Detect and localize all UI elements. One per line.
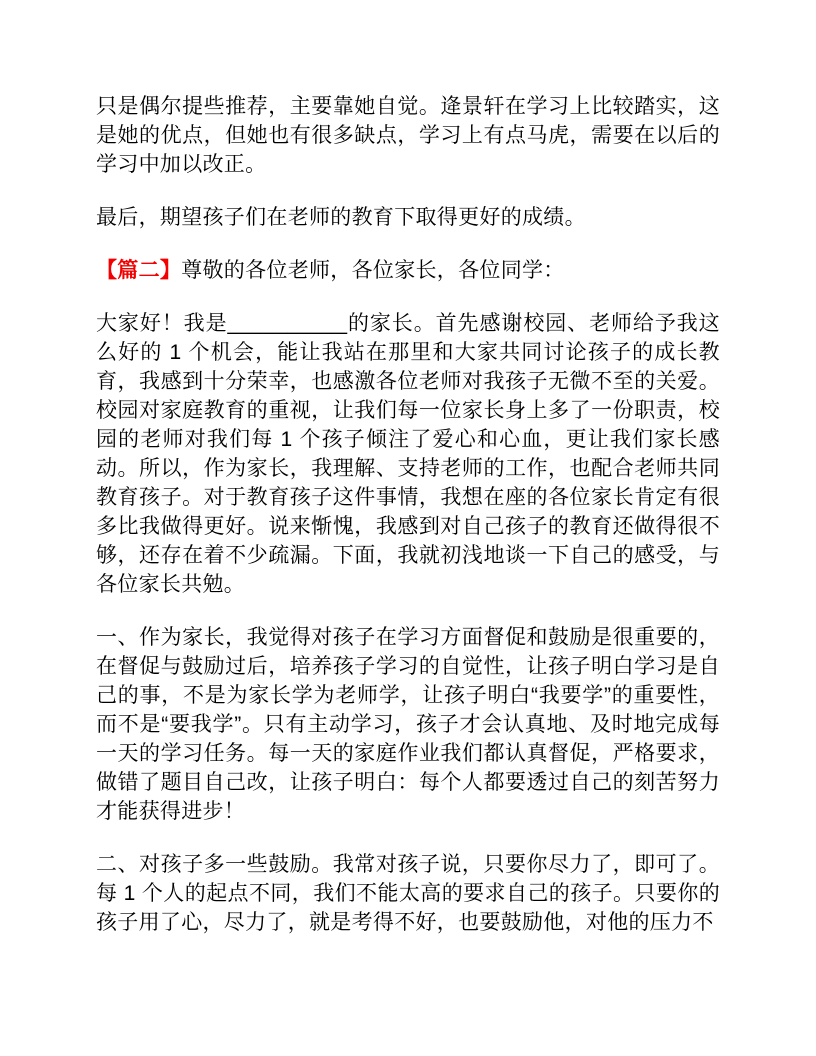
document-page: 只是偶尔提些推荐，主要靠她自觉。逄景轩在学习上比较踏实，这是她的优点，但她也有很… [0,0,816,1056]
section-2-salutation: 尊敬的各位老师，各位家长，各位同学： [181,259,564,282]
paragraph-1: 只是偶尔提些推荐，主要靠她自觉。逄景轩在学习上比较踏实，这是她的优点，但她也有很… [96,92,720,179]
paragraph-2: 最后，期望孩子们在老师的教育下取得更好的成绩。 [96,203,720,232]
section-2-label: 【篇二】 [96,259,181,282]
paragraph-3-section-heading: 【篇二】尊敬的各位老师，各位家长，各位同学： [96,256,720,285]
paragraph-5: 一、作为家长，我觉得对孩子在学习方面督促和鼓励是很重要的，在督促与鼓励过后，培养… [96,623,720,826]
paragraph-4: 大家好！我是__________的家长。首先感谢校园、老师给予我这么好的 1 个… [96,309,720,599]
paragraph-6: 二、对孩子多一些鼓励。我常对孩子说，只要你尽力了，即可了。每 1 个人的起点不同… [96,850,720,937]
